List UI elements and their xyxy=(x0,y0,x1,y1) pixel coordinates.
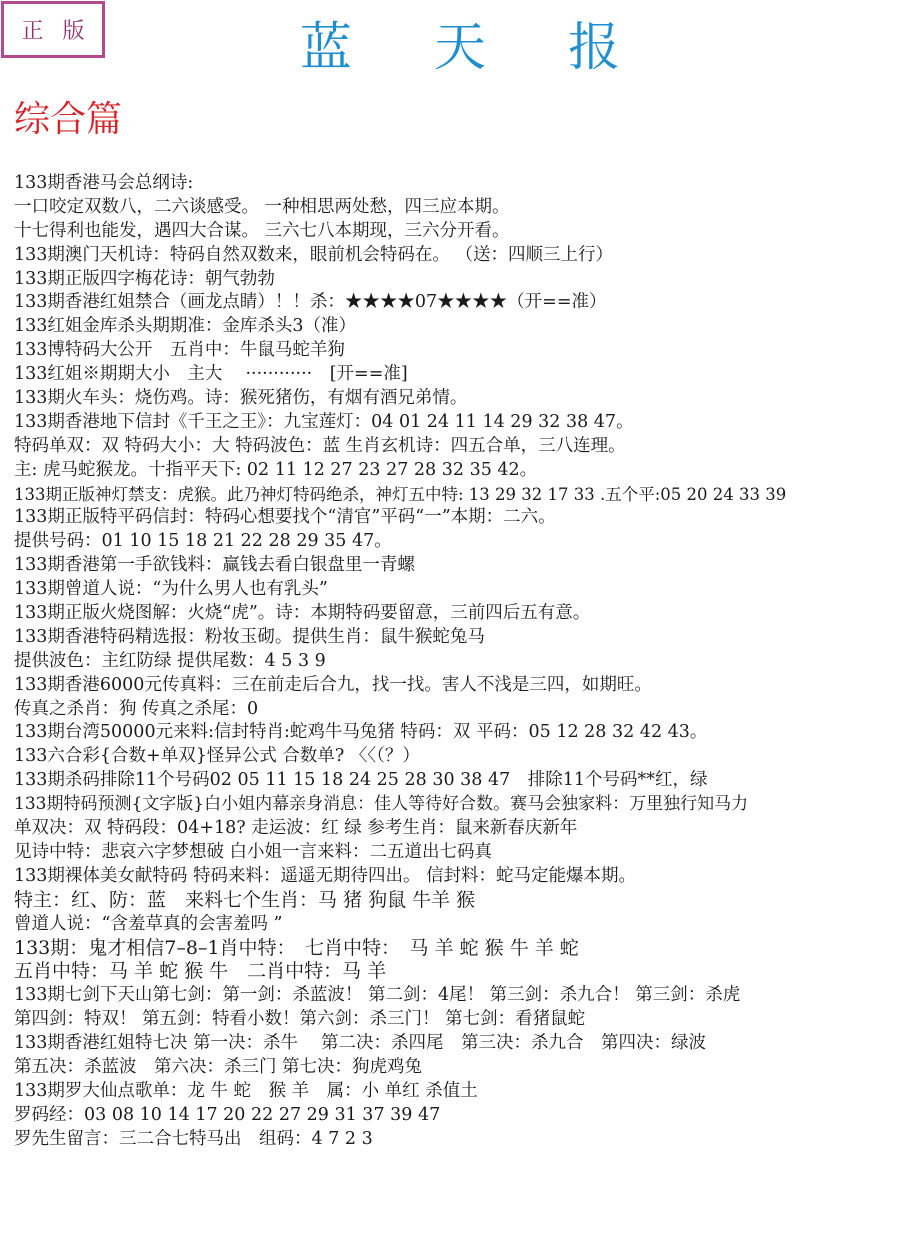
text-line: 133期香港红姐特七决 第一决：杀牛 第二决：杀四尾 第三决：杀九合 第四决：绿… xyxy=(14,1032,900,1056)
text-line: 传真之杀肖：狗 传真之杀尾：0 xyxy=(14,698,900,722)
text-line: 133期香港6000元传真料：三在前走后合九，找一找。害人不浅是三四，如期旺。 xyxy=(14,674,900,698)
text-line: 提供波色：主红防绿 提供尾数：4 5 3 9 xyxy=(14,650,900,674)
text-line: 133期香港红姐禁合（画龙点睛）！！杀：★★★★07★★★★（开==准） xyxy=(14,291,900,315)
badge-char: 正 xyxy=(21,14,43,45)
text-line: 133期香港马会总纲诗: xyxy=(14,172,900,196)
text-line: 五肖中特：马 羊 蛇 猴 牛 二肖中特：马 羊 xyxy=(14,960,900,984)
title-char: 蓝 xyxy=(300,18,352,78)
text-line: 133期香港第一手欲钱料：赢钱去看白银盘里一青螺 xyxy=(14,554,900,578)
text-line: 单双决：双 特码段：04+18? 走运波：红 绿 参考生肖：鼠来新春庆新年 xyxy=(14,817,900,841)
text-line: 133期正版特平码信封：特码心想要找个“清官”平码“一”本期：二六。 xyxy=(14,506,900,530)
text-line: 主: 虎马蛇猴龙。十指平天下: 02 11 12 27 23 27 28 32 … xyxy=(14,459,900,483)
badge-char: 版 xyxy=(62,14,84,45)
text-line: 第四剑：特双！ 第五剑：特看小数！第六剑：杀三门！ 第七剑：看猪鼠蛇 xyxy=(14,1008,900,1032)
text-line: 罗先生留言：三二合七特马出 组码：4 7 2 3 xyxy=(14,1128,900,1152)
text-line: 曾道人说：“含羞草真的会害羞吗 ” xyxy=(14,913,900,937)
text-line: 133博特码大公开 五肖中：牛鼠马蛇羊狗 xyxy=(14,339,900,363)
page-title: 蓝 天 报 xyxy=(300,18,620,78)
text-line: 133期台湾50000元来料:信封特肖:蛇鸡牛马兔猪 特码：双 平码：05 12… xyxy=(14,721,900,745)
text-line: 133期正版神灯禁支：虎猴。此乃神灯特码绝杀，神灯五中特: 13 29 32 1… xyxy=(14,483,900,507)
text-line: 133期澳门天机诗：特码自然双数来，眼前机会特码在。 （送：四顺三上行） xyxy=(14,244,900,268)
text-line: 第五决：杀蓝波 第六决：杀三门 第七决：狗虎鸡兔 xyxy=(14,1056,900,1080)
text-line: 133期正版火烧图解：火烧“虎”。诗：本期特码要留意，三前四后五有意。 xyxy=(14,602,900,626)
text-line: 见诗中特：悲哀六字梦想破 白小姐一言来料：二五道出七码真 xyxy=(14,841,900,865)
text-line: 一口咬定双数八，二六谈感受。 一种相思两处愁，四三应本期。 xyxy=(14,196,900,220)
title-char: 报 xyxy=(568,18,620,78)
text-line: 133期特码预测{文字版}白小姐内幕亲身消息：佳人等待好合数。赛马会独家料：万里… xyxy=(14,793,900,817)
article-body: 133期香港马会总纲诗: 一口咬定双数八，二六谈感受。 一种相思两处愁，四三应本… xyxy=(14,172,900,1152)
text-line: 133期：鬼才相信7–8–1肖中特： 七肖中特： 马 羊 蛇 猴 牛 羊 蛇 xyxy=(14,937,900,961)
text-line: 133期正版四字梅花诗：朝气勃勃 xyxy=(14,268,900,292)
text-line: 133期罗大仙点歌单：龙 牛 蛇 猴 羊 属：小 单红 杀值土 xyxy=(14,1080,900,1104)
text-line: 133红姐※期期大小 主大 ············ [开==准] xyxy=(14,363,900,387)
text-line: 133六合彩{合数+单双}怪异公式 合数单? 〈〈（？） xyxy=(14,745,900,769)
text-line: 133期七剑下天山第七剑：第一剑：杀蓝波！ 第二剑：4尾！ 第三剑：杀九合！ 第… xyxy=(14,984,900,1008)
text-line: 133期曾道人说：“为什么男人也有乳头” xyxy=(14,578,900,602)
text-line: 133期杀码排除11个号码02 05 11 15 18 24 25 28 30 … xyxy=(14,769,900,793)
text-line: 罗码经：03 08 10 14 17 20 22 27 29 31 37 39 … xyxy=(14,1104,900,1128)
section-title: 综合篇 xyxy=(14,96,122,144)
text-line: 提供号码：01 10 15 18 21 22 28 29 35 47。 xyxy=(14,530,900,554)
text-line: 特码单双：双 特码大小：大 特码波色：蓝 生肖玄机诗：四五合单，三八连理。 xyxy=(14,435,900,459)
text-line: 133红姐金库杀头期期准：金库杀头3（准） xyxy=(14,315,900,339)
title-char: 天 xyxy=(434,18,486,78)
text-line: 133期火车头：烧伤鸡。诗：猴死猪伤，有烟有酒兄弟情。 xyxy=(14,387,900,411)
genuine-edition-badge: 正 版 xyxy=(1,1,105,58)
text-line: 特主：红、防：蓝 来料七个生肖：马 猪 狗鼠 牛羊 猴 xyxy=(14,889,900,913)
text-line: 十七得利也能发，遇四大合谋。 三六七八本期现，三六分开看。 xyxy=(14,220,900,244)
text-line: 133期裸体美女献特码 特码来料：遥遥无期待四出。 信封料：蛇马定能爆本期。 xyxy=(14,865,900,889)
text-line: 133期香港特码精选报：粉妆玉砌。提供生肖：鼠牛猴蛇兔马 xyxy=(14,626,900,650)
text-line: 133期香港地下信封《千王之王》：九宝莲灯：04 01 24 11 14 29 … xyxy=(14,411,900,435)
